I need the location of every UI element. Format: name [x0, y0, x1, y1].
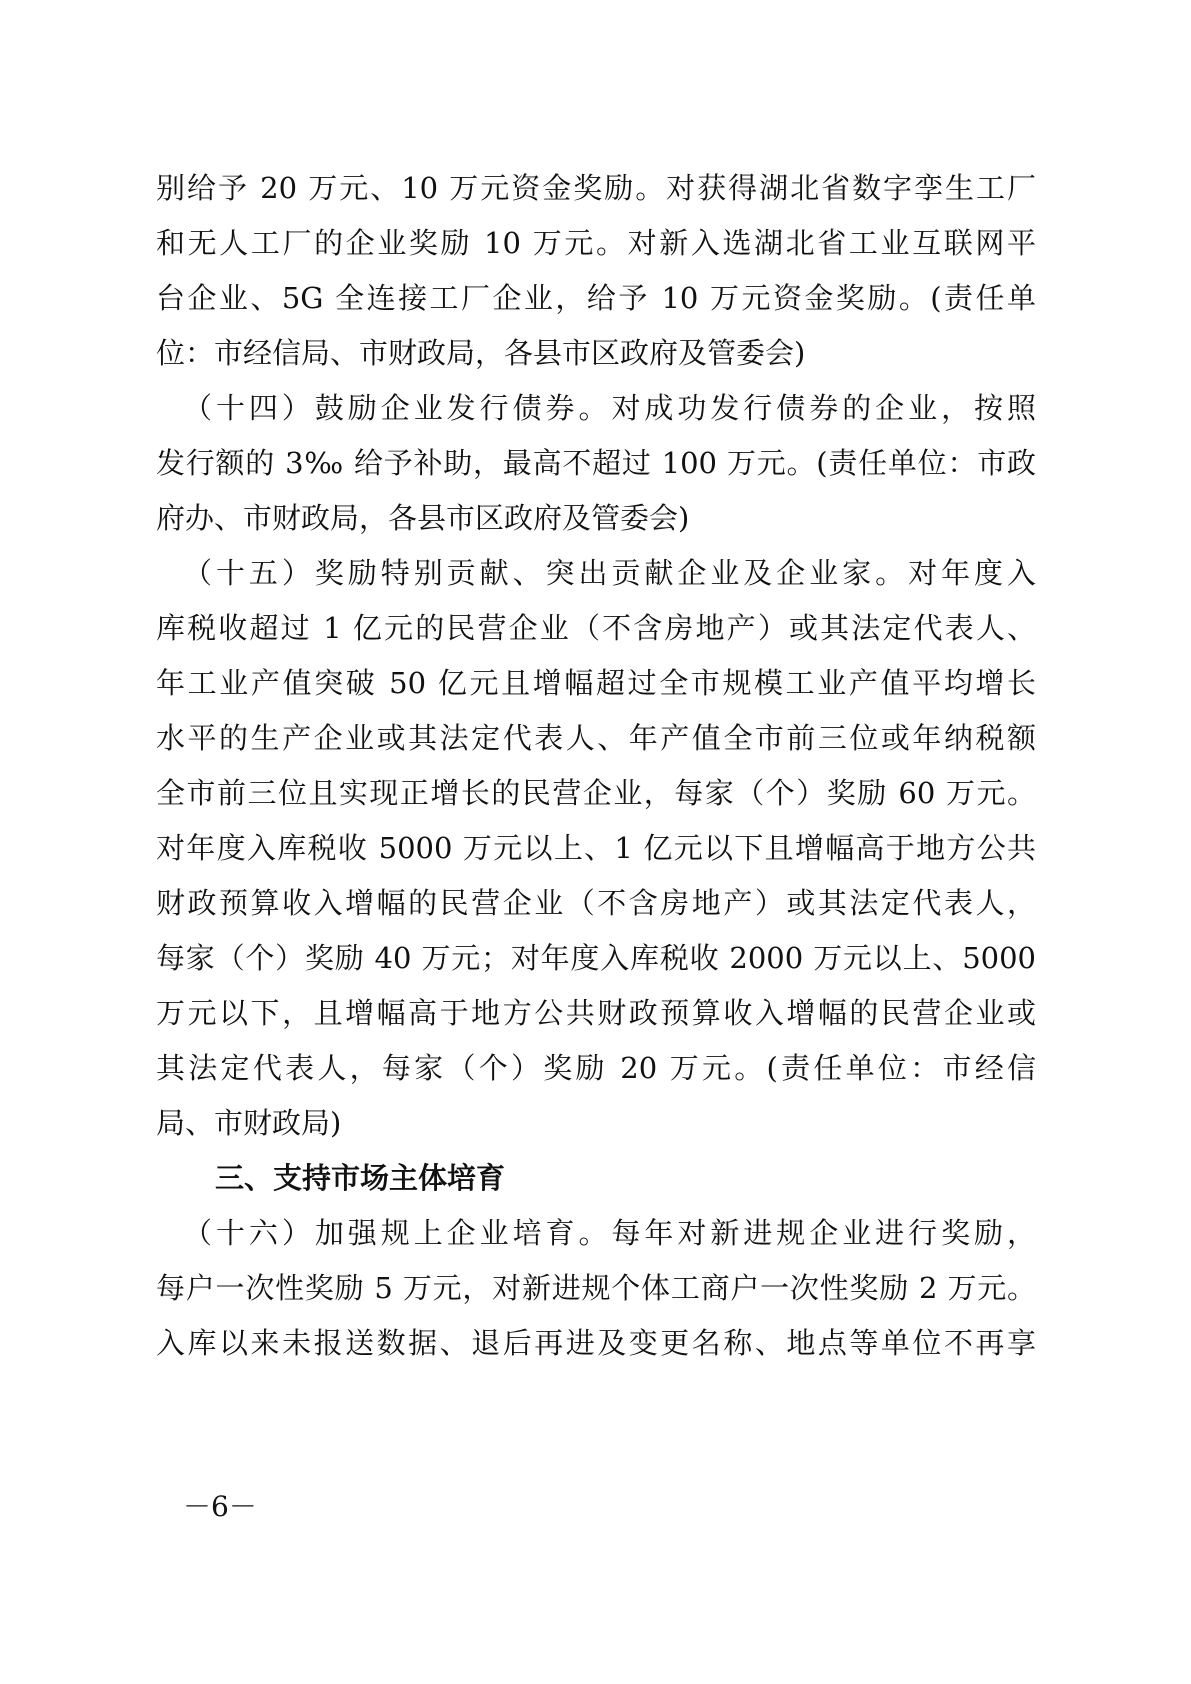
text-line: 和无人工厂的企业奖励 10 万元。对新入选湖北省工业互联网平 — [156, 218, 1036, 268]
text-line: 台企业、5G 全连接工厂企业，给予 10 万元资金奖励。(责任单 — [156, 273, 1036, 323]
text-line: 每户一次性奖励 5 万元，对新进规个体工商户一次性奖励 2 万元。 — [156, 1263, 1036, 1313]
text-line: 入库以来未报送数据、退后再进及变更名称、地点等单位不再享 — [156, 1318, 1036, 1368]
page-number: －6－ — [183, 1487, 257, 1527]
text-line: 其法定代表人，每家（个）奖励 20 万元。(责任单位：市经信 — [156, 1043, 1036, 1093]
text-line: 发行额的 3‰ 给予补助，最高不超过 100 万元。(责任单位：市政 — [156, 438, 1036, 488]
text-line: 每家（个）奖励 40 万元；对年度入库税收 2000 万元以上、5000 — [156, 933, 1036, 983]
text-line: 全市前三位且实现正增长的民营企业，每家（个）奖励 60 万元。 — [156, 768, 1036, 818]
text-line: 对年度入库税收 5000 万元以上、1 亿元以下且增幅高于地方公共 — [156, 823, 1036, 873]
text-line: 年工业产值突破 50 亿元且增幅超过全市规模工业产值平均增长 — [156, 658, 1036, 708]
document-page: 别给予 20 万元、10 万元资金奖励。对获得湖北省数字孪生工厂 和无人工厂的企… — [0, 0, 1191, 1684]
text-line: 别给予 20 万元、10 万元资金奖励。对获得湖北省数字孪生工厂 — [156, 163, 1036, 213]
section-14-first-line: （十四）鼓励企业发行债券。对成功发行债券的企业，按照 — [183, 383, 1036, 433]
section-16-first-line: （十六）加强规上企业培育。每年对新进规企业进行奖励， — [183, 1208, 1036, 1258]
text-line: 水平的生产企业或其法定代表人、年产值全市前三位或年纳税额 — [156, 713, 1036, 763]
text-line: 府办、市财政局，各县市区政府及管委会) — [156, 493, 1036, 543]
text-line: 万元以下，且增幅高于地方公共财政预算收入增幅的民营企业或 — [156, 988, 1036, 1038]
text-line: 库税收超过 1 亿元的民营企业（不含房地产）或其法定代表人、 — [156, 603, 1036, 653]
text-line: 位：市经信局、市财政局，各县市区政府及管委会) — [156, 328, 1036, 378]
section-15-first-line: （十五）奖励特别贡献、突出贡献企业及企业家。对年度入 — [183, 548, 1036, 598]
text-line: 财政预算收入增幅的民营企业（不含房地产）或其法定代表人， — [156, 878, 1036, 928]
section-heading: 三、支持市场主体培育 — [215, 1153, 505, 1203]
text-line: 局、市财政局) — [156, 1098, 1036, 1148]
